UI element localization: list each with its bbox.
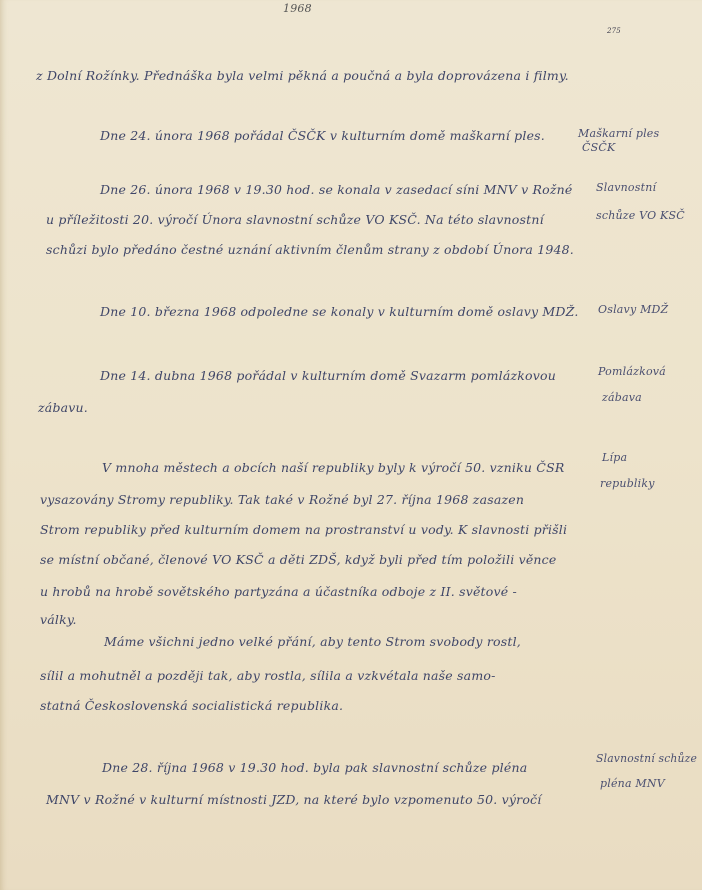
text-line: Dne 26. února 1968 v 19.30 hod. se konal… bbox=[100, 184, 573, 197]
text-line: u hrobů na hrobě sovětského partyzána a … bbox=[40, 586, 517, 599]
text-line: V mnoha městech a obcích naší republiky … bbox=[102, 462, 564, 475]
text-line: zábavu. bbox=[38, 402, 88, 415]
margin-note: Slavnostní bbox=[596, 182, 656, 193]
margin-note: Pomlázková bbox=[598, 366, 666, 377]
text-line: Dne 14. dubna 1968 pořádal v kulturním d… bbox=[100, 370, 556, 383]
text-line: statná Československá socialistická repu… bbox=[40, 700, 343, 713]
text-line: Strom republiky před kulturním domem na … bbox=[40, 524, 567, 537]
text-line: se místní občané, členové VO KSČ a děti … bbox=[40, 554, 556, 567]
margin-note: Lípa bbox=[602, 452, 627, 463]
margin-note: pléna MNV bbox=[600, 778, 665, 789]
margin-note: zábava bbox=[602, 392, 642, 403]
text-line: Dne 10. března 1968 odpoledne se konaly … bbox=[100, 306, 579, 319]
text-line: Dne 24. února 1968 pořádal ČSČK v kultur… bbox=[100, 130, 545, 143]
margin-note: republiky bbox=[600, 478, 655, 489]
text-line: z Dolní Rožínky. Přednáška byla velmi pě… bbox=[36, 70, 569, 83]
text-line: Dne 28. října 1968 v 19.30 hod. byla pak… bbox=[102, 762, 527, 775]
text-line: Máme všichni jedno velké přání, aby tent… bbox=[104, 636, 521, 649]
text-line: MNV v Rožné v kulturní místnosti JZD, na… bbox=[46, 794, 541, 807]
text-line: u příležitosti 20. výročí Února slavnost… bbox=[46, 214, 544, 227]
text-line: sílil a mohutněl a později tak, aby rost… bbox=[40, 670, 496, 683]
margin-note: Oslavy MDŽ bbox=[598, 304, 668, 315]
text-line: vysazovány Stromy republiky. Tak také v … bbox=[40, 494, 524, 507]
margin-note: ČSČK bbox=[582, 142, 615, 153]
text-line: schůzi bylo předáno čestné uznání aktivn… bbox=[46, 244, 574, 257]
page-number: 275 bbox=[607, 28, 621, 35]
margin-note: schůze VO KSČ bbox=[596, 210, 685, 221]
margin-note: Slavnostní schůze bbox=[596, 754, 697, 765]
text-line: války. bbox=[40, 614, 77, 627]
document-page: 1968 275 z Dolní Rožínky. Přednáška byla… bbox=[0, 0, 702, 890]
header-year: 1968 bbox=[283, 3, 312, 14]
margin-note: Maškarní ples bbox=[578, 128, 659, 139]
